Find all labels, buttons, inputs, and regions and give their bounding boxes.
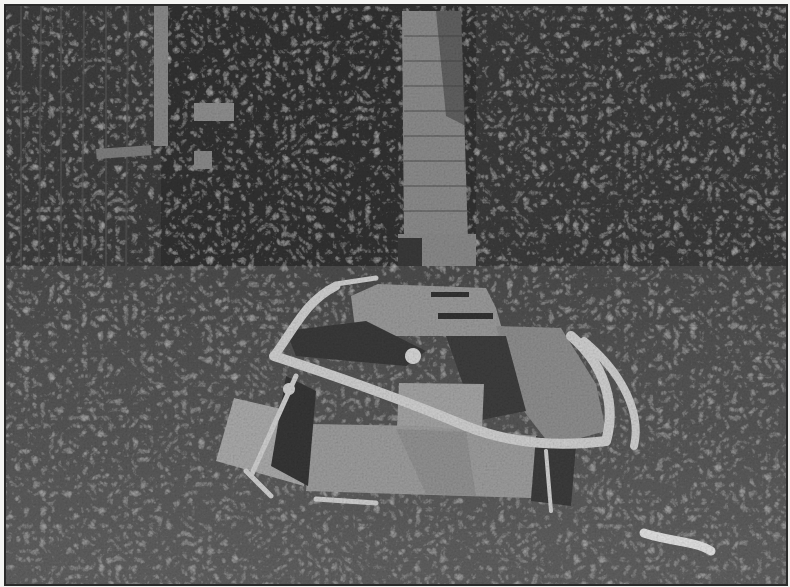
photograph xyxy=(4,4,788,586)
fence-post xyxy=(154,6,168,146)
ivy-wall xyxy=(6,6,161,278)
shrubbery xyxy=(476,6,786,276)
photo-scene xyxy=(6,6,786,584)
wall-plaque-small xyxy=(194,151,212,169)
wall-plaque xyxy=(194,103,234,121)
rail-joint xyxy=(283,383,295,395)
rail-joint xyxy=(405,348,421,364)
